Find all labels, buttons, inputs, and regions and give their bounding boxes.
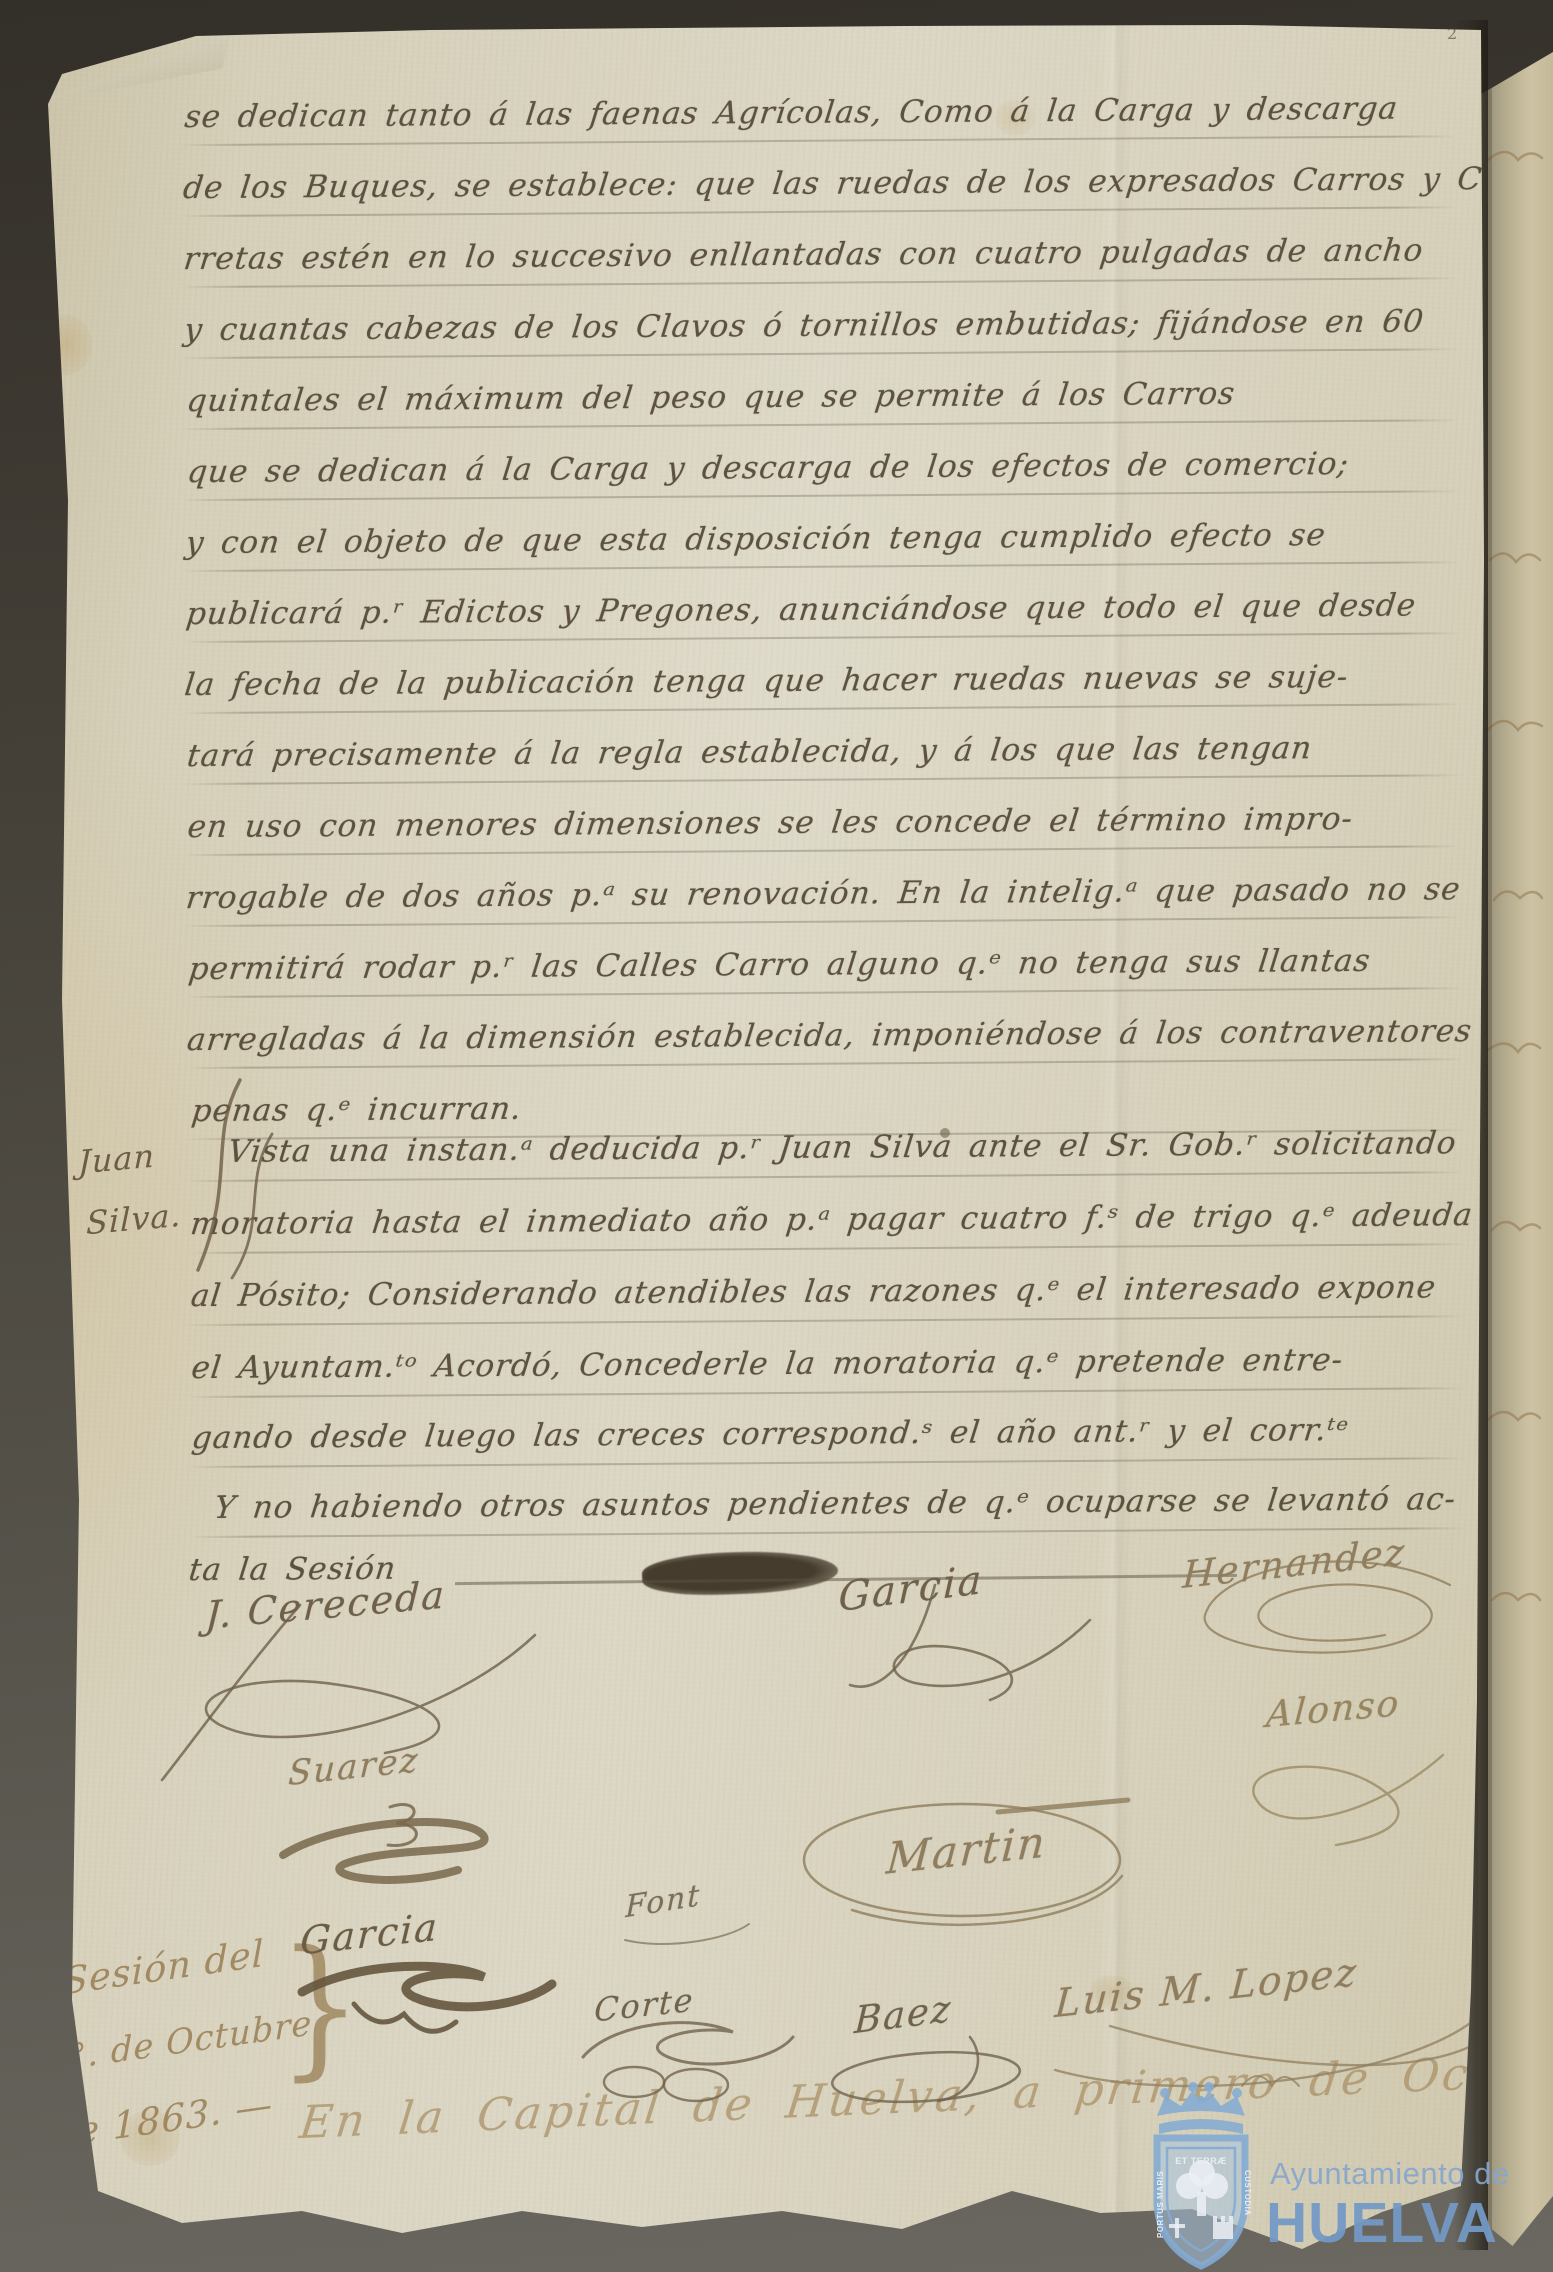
- manuscript-line: en uso con menores dimensiones se les co…: [186, 801, 1355, 845]
- ruling-line: [182, 561, 1460, 572]
- ruling-line: [187, 1315, 1465, 1326]
- ruling-line: [185, 987, 1463, 998]
- ruling-line: [186, 1171, 1464, 1182]
- manuscript-line: la fecha de la publicación tenga que hac…: [183, 659, 1351, 703]
- signature-suarez: Suarez: [268, 1745, 538, 1920]
- signature-garcia-1: Garcia: [820, 1560, 1120, 1720]
- signature-martin: Martin: [790, 1788, 1135, 1943]
- signature-font: Font: [615, 1882, 765, 1952]
- ruling-line: [182, 490, 1460, 501]
- ruling-line: [180, 206, 1458, 217]
- signature-baez: Baez: [818, 1985, 1048, 2130]
- manuscript-line: permitirá rodar p.ʳ las Calles Carro alg…: [187, 943, 1373, 987]
- ruling-line: [183, 703, 1461, 714]
- margin-note-juan: Juan: [78, 1137, 155, 1182]
- manuscript-line: se dedican tanto á las faenas Agrícolas,…: [183, 91, 1400, 135]
- manuscript-line: arregladas á la dimensión establecida, i…: [185, 1013, 1538, 1058]
- paper-sheet: 2 se dedican tanto á las faenas Agr: [0, 0, 1553, 2272]
- manuscript-line: de los Buques, se establece: que las rue…: [181, 161, 1515, 206]
- ruling-line: [181, 419, 1459, 430]
- margin-flourish: [168, 1072, 278, 1282]
- crest-motto-right: CUSTODIA: [1243, 2170, 1252, 2216]
- signature-alonso: Alonso: [1238, 1685, 1468, 1865]
- ruling-line: [187, 1243, 1465, 1254]
- ruling-line: [179, 135, 1457, 146]
- manuscript-line: gando desde luego las creces correspond.…: [190, 1412, 1351, 1456]
- ruling-line: [188, 1457, 1466, 1468]
- signature-hernandez: Hernandez: [1160, 1530, 1470, 1700]
- manuscript-line: quintales el máximum del peso que se per…: [185, 376, 1238, 419]
- ruling-line: [183, 632, 1461, 643]
- watermark-city-label: HUELVA: [1266, 2190, 1498, 2256]
- manuscript-line: moratoria hasta el inmediato año p.ᵃ pag…: [189, 1197, 1476, 1242]
- manuscript-line: tará precisamente á la regla establecida…: [185, 730, 1314, 774]
- adjacent-page-edge: [1478, 0, 1553, 2272]
- manuscript-line: Vista una instan.ᵃ deducida p.ʳ Juan Sil…: [226, 1125, 1459, 1170]
- manuscript-line: rrogable de dos años p.ᵃ su renovación. …: [184, 871, 1462, 916]
- manuscript-line: rretas estén en lo succesivo enllantadas…: [182, 232, 1426, 277]
- ruling-line: [188, 1387, 1466, 1398]
- scanned-manuscript-page: 2 se dedican tanto á las faenas Agr: [0, 0, 1553, 2272]
- signature-garcia-2: Garcia: [282, 1912, 592, 2077]
- ruling-line: [181, 348, 1459, 359]
- manuscript-line: publicará p.ʳ Edictos y Pregones, anunci…: [184, 588, 1418, 633]
- ruling-line: [185, 916, 1463, 927]
- manuscript-line: al Pósito; Considerando atendibles las r…: [189, 1269, 1438, 1314]
- signature-corte: Corte: [568, 1982, 818, 2117]
- huelva-watermark: ET TERRÆ PORTUS MARIS CUSTODIA Ayuntamie…: [1140, 2078, 1553, 2272]
- ruling-line: [184, 845, 1462, 856]
- manuscript-line: y con el objeto de que esta disposición …: [184, 517, 1328, 561]
- manuscript-line: y cuantas cabezas de los Clavos ó tornil…: [182, 303, 1426, 348]
- manuscript-line: que se dedican á la Carga y descarga de …: [185, 446, 1351, 490]
- manuscript-line: Y no habiendo otros asuntos pendientes d…: [212, 1481, 1458, 1526]
- ruling-line: [180, 277, 1458, 288]
- ruling-line: [184, 774, 1462, 785]
- ruling-line: [186, 1058, 1464, 1069]
- huelva-crest-icon: ET TERRÆ PORTUS MARIS CUSTODIA: [1143, 2080, 1259, 2272]
- watermark-org-label: Ayuntamiento de: [1270, 2156, 1510, 2192]
- crest-motto-left: PORTUS MARIS: [1156, 2171, 1165, 2239]
- adjacent-page-writing: [1478, 0, 1553, 2272]
- manuscript-line: el Ayuntam.ᵗᵒ Acordó, Concederle la mora…: [190, 1342, 1346, 1386]
